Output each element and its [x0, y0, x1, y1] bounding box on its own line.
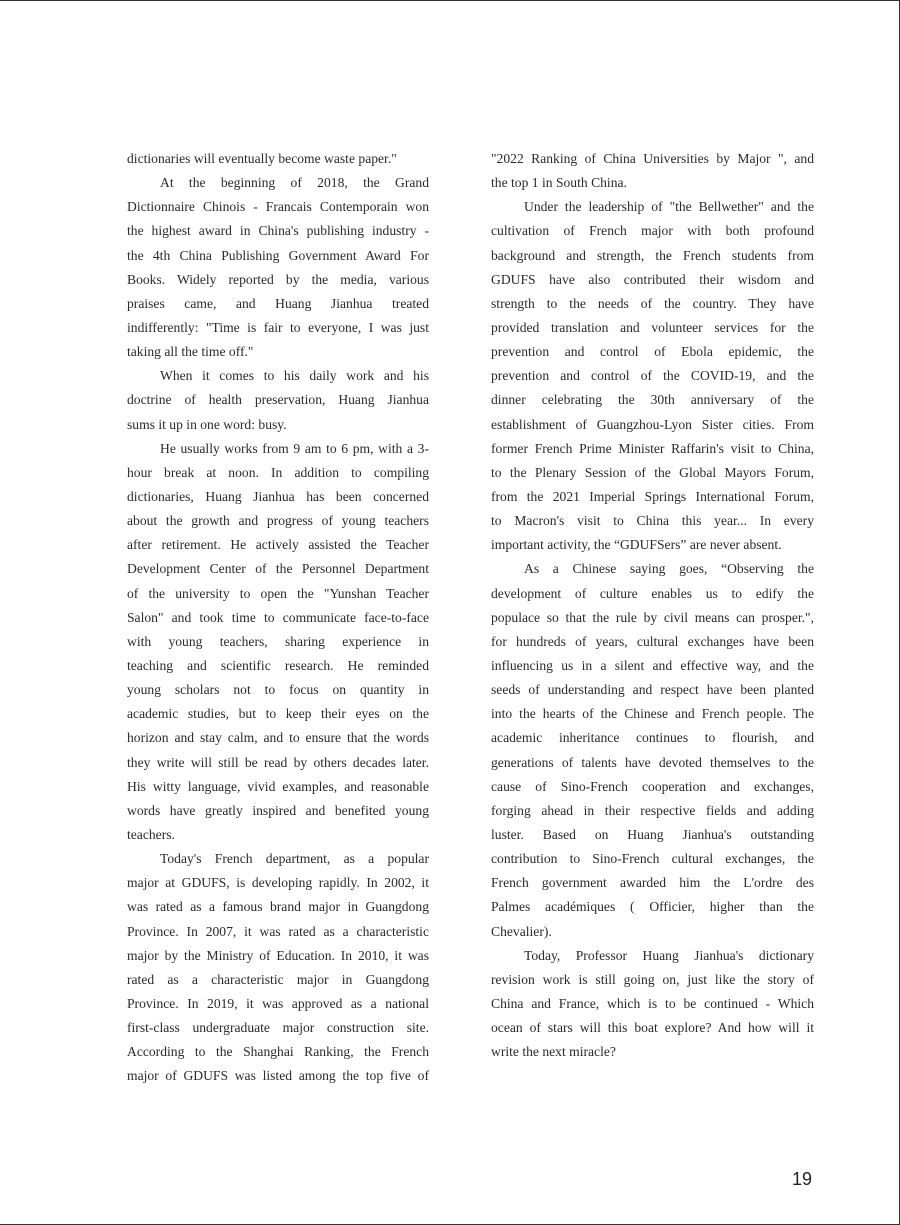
text-line: forging ahead in their respective fields…	[491, 799, 814, 823]
text-line: teaching and scientific research. He rem…	[127, 654, 429, 678]
right-text-column: "2022 Ranking of China Universities by M…	[491, 147, 814, 1064]
text-line: taking all the time off."	[127, 340, 429, 364]
text-line: teachers.	[127, 823, 429, 847]
text-line: prevention and control of the COVID-19, …	[491, 364, 814, 388]
text-line: major of GDUFS was listed among the top …	[127, 1064, 429, 1088]
text-line: dinner celebrating the 30th anniversary …	[491, 388, 814, 412]
text-line: French government awarded him the L'ordr…	[491, 871, 814, 895]
text-line: write the next miracle?	[491, 1040, 814, 1064]
text-line: Development Center of the Personnel Depa…	[127, 557, 429, 581]
text-line: sums it up in one word: busy.	[127, 413, 429, 437]
text-line: Today, Professor Huang Jianhua's diction…	[491, 944, 814, 968]
text-line: Books. Widely reported by the media, var…	[127, 268, 429, 292]
text-line: Dictionnaire Chinois - Francais Contempo…	[127, 195, 429, 219]
text-line: to Macron's visit to China this year... …	[491, 509, 814, 533]
text-line: cause of Sino-French cooperation and exc…	[491, 775, 814, 799]
text-line: about the growth and progress of young t…	[127, 509, 429, 533]
text-line: cultivation of French major with both pr…	[491, 219, 814, 243]
text-line: development of culture enables us to edi…	[491, 582, 814, 606]
text-line: "2022 Ranking of China Universities by M…	[491, 147, 814, 171]
text-line: Province. In 2019, it was approved as a …	[127, 992, 429, 1016]
text-line: after retirement. He actively assisted t…	[127, 533, 429, 557]
text-line: Under the leadership of "the Bellwether"…	[491, 195, 814, 219]
text-line: Province. In 2007, it was rated as a cha…	[127, 920, 429, 944]
text-line: revision work is still going on, just li…	[491, 968, 814, 992]
text-line: from the 2021 Imperial Springs Internati…	[491, 485, 814, 509]
text-line: first-class undergraduate major construc…	[127, 1016, 429, 1040]
text-line: dictionaries, Huang Jianhua has been con…	[127, 485, 429, 509]
text-line: Palmes académiques ( Officier, higher th…	[491, 895, 814, 919]
text-line: the 4th China Publishing Government Awar…	[127, 244, 429, 268]
text-line: As a Chinese saying goes, “Observing the	[491, 557, 814, 581]
text-line: When it comes to his daily work and his	[127, 364, 429, 388]
text-line: GDUFS have also contributed their wisdom…	[491, 268, 814, 292]
text-line: luster. Based on Huang Jianhua's outstan…	[491, 823, 814, 847]
text-line: the top 1 in South China.	[491, 171, 814, 195]
text-line: hour break at noon. In addition to compi…	[127, 461, 429, 485]
text-line: academic studies, but to keep their eyes…	[127, 702, 429, 726]
text-line: the highest award in China's publishing …	[127, 219, 429, 243]
text-line: His witty language, vivid examples, and …	[127, 775, 429, 799]
text-line: praises came, and Huang Jianhua treated	[127, 292, 429, 316]
text-line: was rated as a famous brand major in Gua…	[127, 895, 429, 919]
text-line: words have greatly inspired and benefite…	[127, 799, 429, 823]
text-line: provided translation and volunteer servi…	[491, 316, 814, 340]
text-line: major by the Ministry of Education. In 2…	[127, 944, 429, 968]
text-line: strength to the needs of the country. Th…	[491, 292, 814, 316]
text-line: Salon" and took time to communicate face…	[127, 606, 429, 630]
text-line: influencing us in a silent and effective…	[491, 654, 814, 678]
text-line: academic inheritance continues to flouri…	[491, 726, 814, 750]
text-line: At the beginning of 2018, the Grand	[127, 171, 429, 195]
text-line: young scholars not to focus on quantity …	[127, 678, 429, 702]
text-line: background and strength, the French stud…	[491, 244, 814, 268]
text-line: into the hearts of the Chinese and Frenc…	[491, 702, 814, 726]
text-line: prevention and control of Ebola epidemic…	[491, 340, 814, 364]
text-line: important activity, the “GDUFSers” are n…	[491, 533, 814, 557]
text-line: of the university to open the "Yunshan T…	[127, 582, 429, 606]
text-line: rated as a characteristic major in Guang…	[127, 968, 429, 992]
text-line: generations of talents have devoted them…	[491, 751, 814, 775]
text-line: horizon and stay calm, and to ensure tha…	[127, 726, 429, 750]
page-number: 19	[792, 1169, 812, 1190]
text-line: Today's French department, as a popular	[127, 847, 429, 871]
document-page: dictionaries will eventually become wast…	[0, 0, 900, 1225]
text-line: According to the Shanghai Ranking, the F…	[127, 1040, 429, 1064]
text-line: China and France, which is to be continu…	[491, 992, 814, 1016]
text-line: ocean of stars will this boat explore? A…	[491, 1016, 814, 1040]
text-line: establishment of Guangzhou-Lyon Sister c…	[491, 413, 814, 437]
text-line: with young teachers, sharing experience …	[127, 630, 429, 654]
text-line: seeds of understanding and respect have …	[491, 678, 814, 702]
text-line: dictionaries will eventually become wast…	[127, 147, 429, 171]
text-line: major at GDUFS, is developing rapidly. I…	[127, 871, 429, 895]
left-text-column: dictionaries will eventually become wast…	[127, 147, 429, 1088]
text-line: He usually works from 9 am to 6 pm, with…	[127, 437, 429, 461]
text-line: former French Prime Minister Raffarin's …	[491, 437, 814, 461]
text-line: doctrine of health preservation, Huang J…	[127, 388, 429, 412]
text-line: they write will still be read by others …	[127, 751, 429, 775]
text-line: to the Plenary Session of the Global May…	[491, 461, 814, 485]
text-line: contribution to Sino-French cultural exc…	[491, 847, 814, 871]
text-line: populace so that the rule by civil means…	[491, 606, 814, 630]
text-line: Chevalier).	[491, 920, 814, 944]
text-line: for hundreds of years, cultural exchange…	[491, 630, 814, 654]
text-line: indifferently: "Time is fair to everyone…	[127, 316, 429, 340]
